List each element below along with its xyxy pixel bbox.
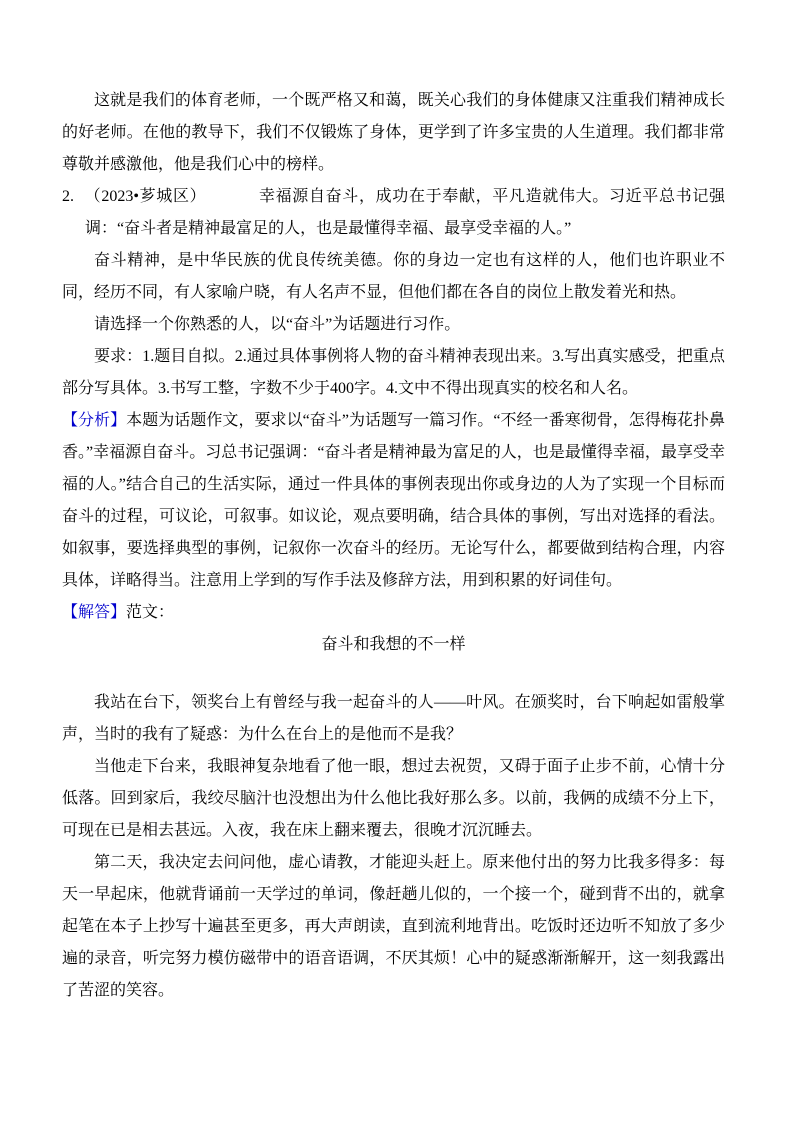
answer-label: 【解答】 bbox=[62, 604, 126, 621]
document-page: 这就是我们的体育老师，一个既严格又和蔼，既关心我们的身体健康又注重我们精神成长的… bbox=[0, 0, 794, 1123]
intro-paragraph: 这就是我们的体育老师，一个既严格又和蔼，既关心我们的身体健康又注重我们精神成长的… bbox=[62, 85, 725, 181]
question-2: 2.（2023•芗城区）幸福源自奋斗，成功在于奉献，平凡造就伟大。习近平总书记强… bbox=[62, 181, 725, 245]
question-number: 2. bbox=[62, 188, 74, 205]
analysis-label: 【分析】 bbox=[62, 412, 126, 429]
analysis-text: 本题为话题作文，要求以“奋斗”为话题写一篇习作。“不经一番寒彻骨，怎得梅花扑鼻香… bbox=[62, 412, 725, 589]
essay-paragraph-1: 我站在台下，领奖台上有曾经与我一起奋斗的人——叶风。在颁奖时，台下响起如雷般掌声… bbox=[62, 687, 725, 751]
essay-paragraph-3: 第二天，我决定去问问他，虚心请教，才能迎头赶上。原来他付出的努力比我多得多：每天… bbox=[62, 847, 725, 1007]
essay-title: 奋斗和我想的不一样 bbox=[62, 629, 725, 661]
question-source: （2023•芗城区） bbox=[84, 188, 206, 205]
answer-intro: 范文： bbox=[126, 604, 174, 621]
question-prompt-body: 奋斗精神，是中华民族的优良传统美德。你的身边一定也有这样的人，他们也许职业不同，… bbox=[62, 245, 725, 309]
question-requirements: 要求：1.题目自拟。2.通过具体事例将人物的奋斗精神表现出来。3.写出真实感受，… bbox=[62, 341, 725, 405]
question-task: 请选择一个你熟悉的人，以“奋斗”为话题进行习作。 bbox=[62, 309, 725, 341]
question-source-gap bbox=[206, 200, 258, 201]
answer-paragraph: 【解答】范文： bbox=[62, 597, 725, 629]
essay-paragraph-2: 当他走下台来，我眼神复杂地看了他一眼，想过去祝贺，又碍于面子止步不前，心情十分低… bbox=[62, 751, 725, 847]
analysis-paragraph: 【分析】本题为话题作文，要求以“奋斗”为话题写一篇习作。“不经一番寒彻骨，怎得梅… bbox=[62, 405, 725, 597]
